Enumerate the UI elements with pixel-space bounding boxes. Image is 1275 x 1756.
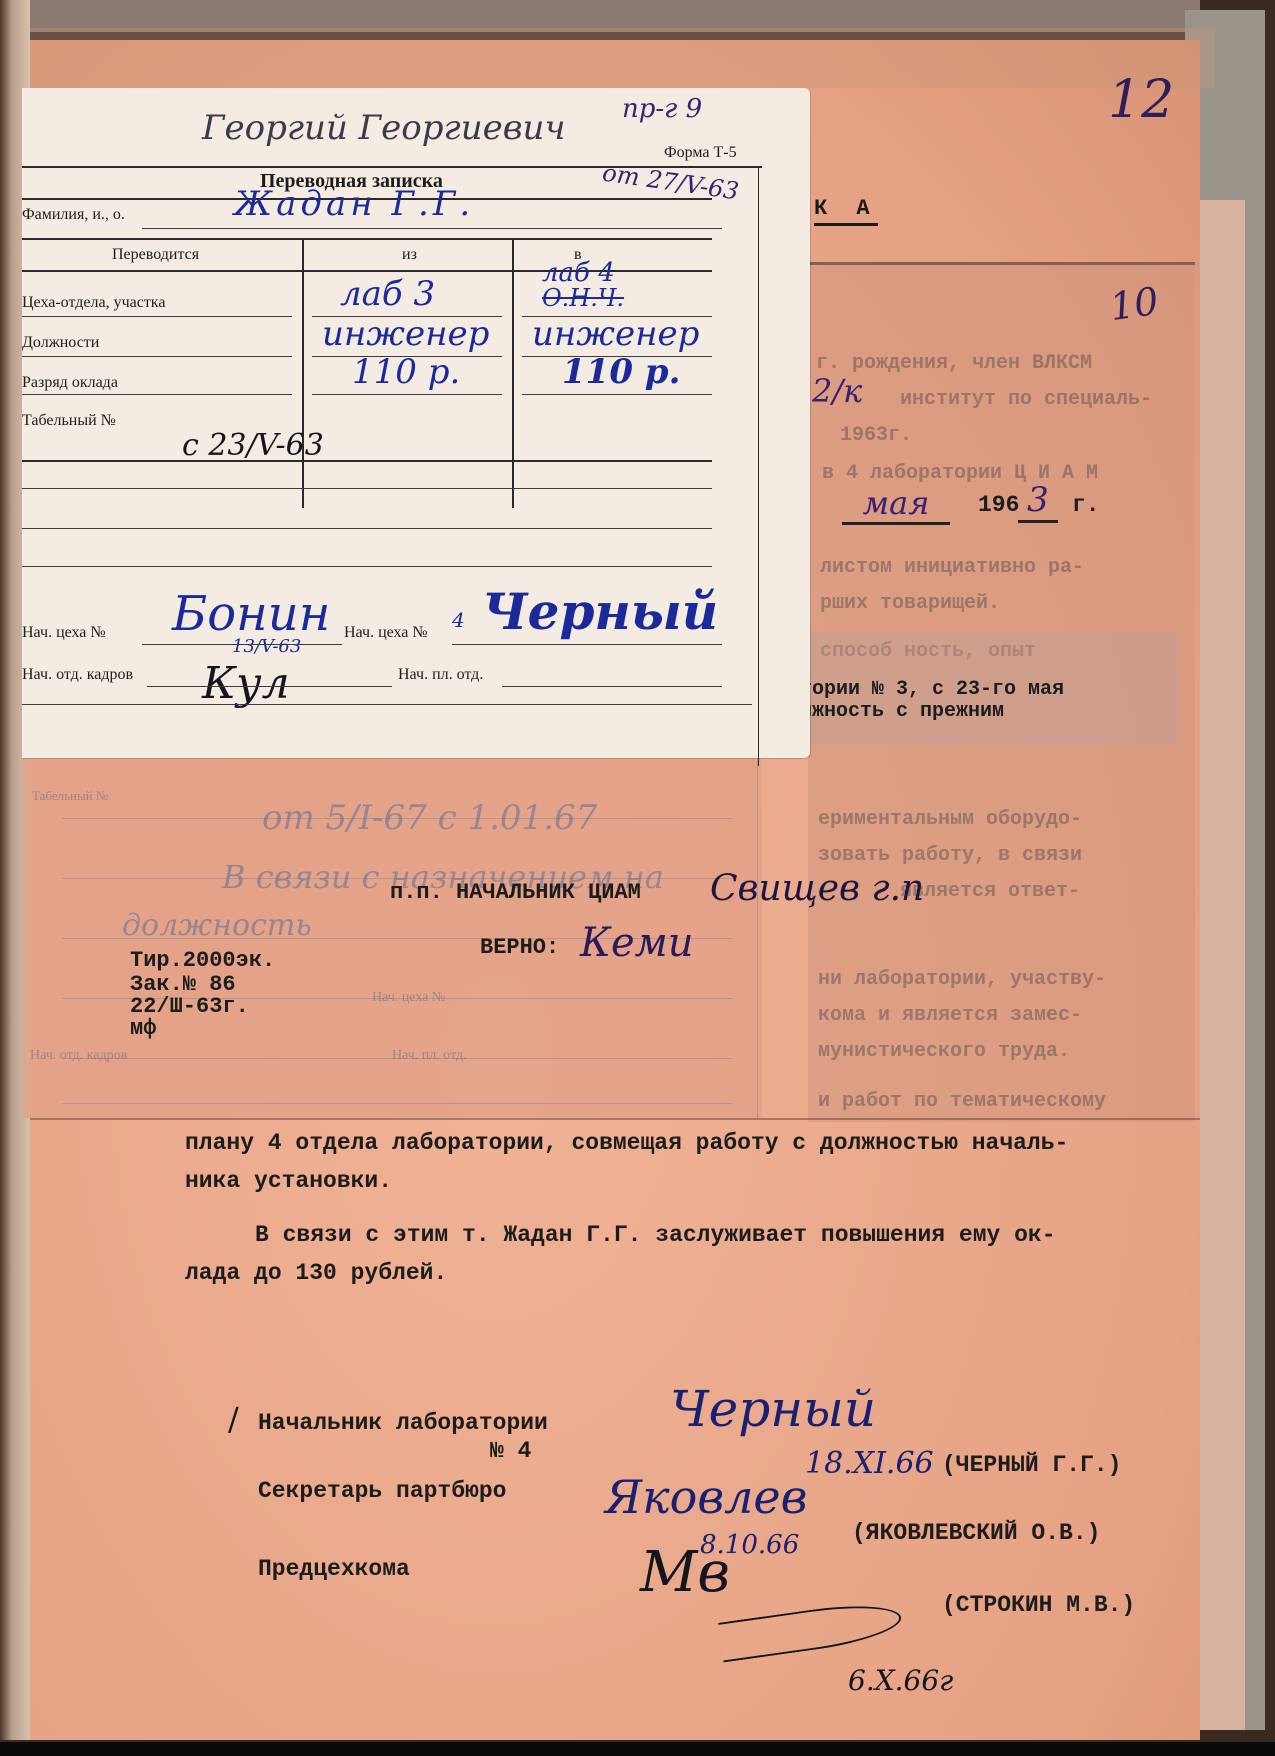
from-position: инженер <box>322 314 489 354</box>
right-text-line: рших товарищей. <box>820 592 1000 615</box>
back-paper-right-pink <box>1195 200 1245 1730</box>
row-label-position: Должности <box>22 334 99 352</box>
page-number: 12 <box>1108 70 1174 130</box>
signatory-name: (ЯКОВЛЕВСКИЙ О.В.) <box>852 1520 1100 1546</box>
handwritten-full-name: Георгий Георгиевич <box>202 108 566 148</box>
from-department: лаб 3 <box>340 274 435 314</box>
row-label-salary-grade: Разряд оклада <box>22 374 118 392</box>
signatory-title: Секретарь партбюро <box>258 1478 506 1504</box>
body-paragraph-line: ника установки. <box>185 1168 392 1194</box>
right-text-line: лжность с прежним <box>800 700 1004 723</box>
sheet-top-fold <box>30 28 1215 88</box>
signature-date: 6.X.66г <box>848 1664 953 1697</box>
head-shop-from-date: 13/V-63 <box>232 636 301 657</box>
tick-mark: / <box>228 1400 239 1438</box>
faded-note-line: должность <box>122 908 312 943</box>
row-label-personnel-number: Табельный № <box>22 412 116 430</box>
right-text-line: кома и является замес- <box>818 1004 1082 1027</box>
from-salary: 110 р. <box>352 352 460 392</box>
signature-strokin: Мв <box>640 1540 730 1605</box>
handwritten-month: мая <box>842 484 950 525</box>
signed-for-title: п.п. НАЧАЛЬНИК ЦИАМ <box>390 880 641 905</box>
column-from: из <box>402 246 417 264</box>
certified-label: ВЕРНО: <box>480 935 559 960</box>
faded-hr-label: Нач. отд. кадров <box>30 1048 127 1064</box>
signatory-title-sub: № 4 <box>490 1438 531 1464</box>
signature-date: 18.XI.66 <box>805 1446 934 1481</box>
signatory-title: Предцехкома <box>258 1556 410 1582</box>
scan-bottom-edge <box>0 1742 1275 1756</box>
print-run: Тир.2000эк. <box>130 950 275 972</box>
to-position: инженер <box>532 314 699 354</box>
body-paragraph-line: лада до 130 рублей. <box>185 1260 447 1286</box>
right-text-line: зовать работу, в связи <box>818 844 1082 867</box>
signature-chernyi: Черный <box>670 1380 876 1438</box>
signatory-name: (СТРОКИН М.В.) <box>942 1592 1135 1618</box>
card-bottom-edge <box>30 1118 1200 1120</box>
row-label-department: Цеха-отдела, участка <box>22 294 165 312</box>
handwritten-year-digit: 3 <box>1018 480 1058 523</box>
right-text-line: способ ность, опыт <box>820 640 1036 663</box>
document-title-fragment: К А <box>814 196 878 226</box>
certified-signature: Кеми <box>580 920 694 966</box>
right-text-line: и работ по тематическому <box>818 1090 1106 1113</box>
hr-signature: Кул <box>202 658 290 709</box>
form-label: Форма Т-5 <box>664 144 737 162</box>
right-text-line: является ответ- <box>900 880 1080 903</box>
head-shop-to-label: Нач. цеха № <box>344 624 428 642</box>
signature-yakovlevskii: Яковлев <box>605 1470 807 1524</box>
transfer-note-card: Георгий Георгиевич пр-г 9 Форма Т-5 Пере… <box>22 88 810 758</box>
to-salary: 110 р. <box>562 352 680 392</box>
faded-tab-label: Табельный № <box>32 788 108 804</box>
head-shop-to-signature: Черный <box>482 582 718 641</box>
right-text-line: листом инициативно ра- <box>820 556 1084 579</box>
typed-year: 196 <box>978 492 1019 518</box>
faded-annotation: от 5/I-67 с 1.01.67 <box>262 798 597 838</box>
faded-plan-label: Нач. пл. отд. <box>392 1048 467 1064</box>
surname-label: Фамилия, и., о. <box>22 206 125 224</box>
right-text-line: 1963г. <box>840 424 912 447</box>
typed-year-suffix: г. <box>1072 492 1100 518</box>
effective-date: с 23/V-63 <box>182 428 324 463</box>
column-transferred: Переводится <box>112 246 199 264</box>
surname-value: Жадан Г.Г. <box>234 184 474 224</box>
hr-head-label: Нач. отд. кадров <box>22 666 133 684</box>
to-department-struck: О.Н.Ч. <box>542 284 624 312</box>
planning-head-label: Нач. пл. отд. <box>398 666 483 684</box>
right-text-line: ни лаборатории, участву- <box>818 968 1106 991</box>
body-paragraph-line: В связи с этим т. Жадан Г.Г. заслуживает… <box>255 1222 1056 1248</box>
annotation-top: пр-г 9 <box>622 94 702 124</box>
printer-mark: мф <box>130 1016 156 1041</box>
right-text-line: институт по специаль- <box>900 388 1152 411</box>
head-shop-from-label: Нач. цеха № <box>22 624 106 642</box>
right-text-line: ериментальным оборудо- <box>818 808 1082 831</box>
signatory-title: Начальник лаборатории <box>258 1410 548 1436</box>
body-paragraph-line: плану 4 отдела лаборатории, совмещая раб… <box>185 1130 1068 1156</box>
head-shop-from-signature: Бонин <box>172 586 330 642</box>
head-shop-to-number: 4 <box>452 608 465 632</box>
faded-head-label: Нач. цеха № <box>372 990 445 1006</box>
right-text-line: мунистического труда. <box>818 1040 1070 1063</box>
handwritten-signatory-name: Свищев г.п <box>710 868 924 909</box>
signatory-name: (ЧЕРНЫЙ Г.Г.) <box>942 1452 1121 1478</box>
right-text-line: тории № 3, с 23-го мая <box>800 678 1064 701</box>
handwritten-mark: 2/к <box>812 372 862 410</box>
inner-page-number: 10 <box>1107 279 1161 329</box>
